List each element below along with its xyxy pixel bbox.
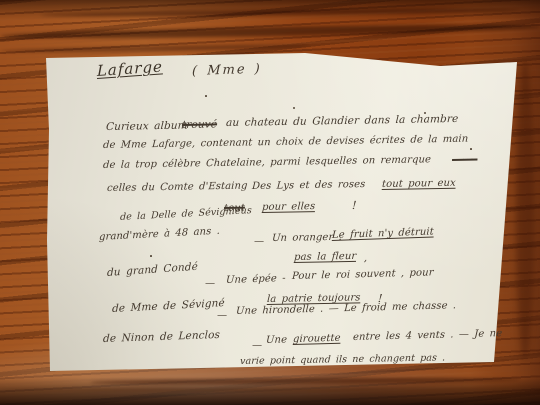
ink-speck	[470, 148, 472, 150]
ink-speck	[293, 107, 295, 109]
entry3-dash: —	[217, 310, 228, 321]
entry2-device: Une épée -	[226, 273, 286, 286]
para-line5-exclamation: !	[352, 199, 357, 212]
photo-of-manuscript-on-wood-table: Lafarge ( Mme ) Curieux album trouvé au …	[0, 0, 540, 405]
para-line4-motto-underlined: tout pour eux	[382, 178, 456, 190]
para-line1-struck-word: trouvé	[182, 118, 218, 131]
entry1-dash: —	[254, 236, 265, 247]
wood-grain-streak	[40, 7, 520, 17]
ink-speck	[205, 95, 207, 97]
para-line3-scribble: ~~~	[452, 155, 478, 166]
entry4-device-underlined: girouette	[293, 333, 341, 345]
wood-grain-streak	[0, 43, 310, 53]
entry4-dash: —	[252, 340, 263, 351]
para-line5-motto-underlined: pour elles	[262, 201, 316, 213]
entry4-device-start: Une	[266, 334, 288, 346]
entry2-dash: —	[205, 278, 216, 289]
para-line4-device: Des Lys et des roses	[252, 179, 366, 192]
ink-speck	[150, 255, 152, 257]
para-line1-start: Curieux album	[106, 120, 188, 133]
wood-grain-streak	[90, 376, 520, 385]
entry1-motto-line2-underlined: pas la fleur	[294, 251, 357, 263]
entry4-motto-line2: varie point quand ils ne changent pas .	[240, 352, 446, 367]
wood-grain-streak	[0, 22, 540, 40]
wood-grain-streak	[516, 60, 534, 360]
wood-grain-streak	[0, 388, 540, 392]
heading-annotation: ( Mme )	[192, 62, 262, 79]
